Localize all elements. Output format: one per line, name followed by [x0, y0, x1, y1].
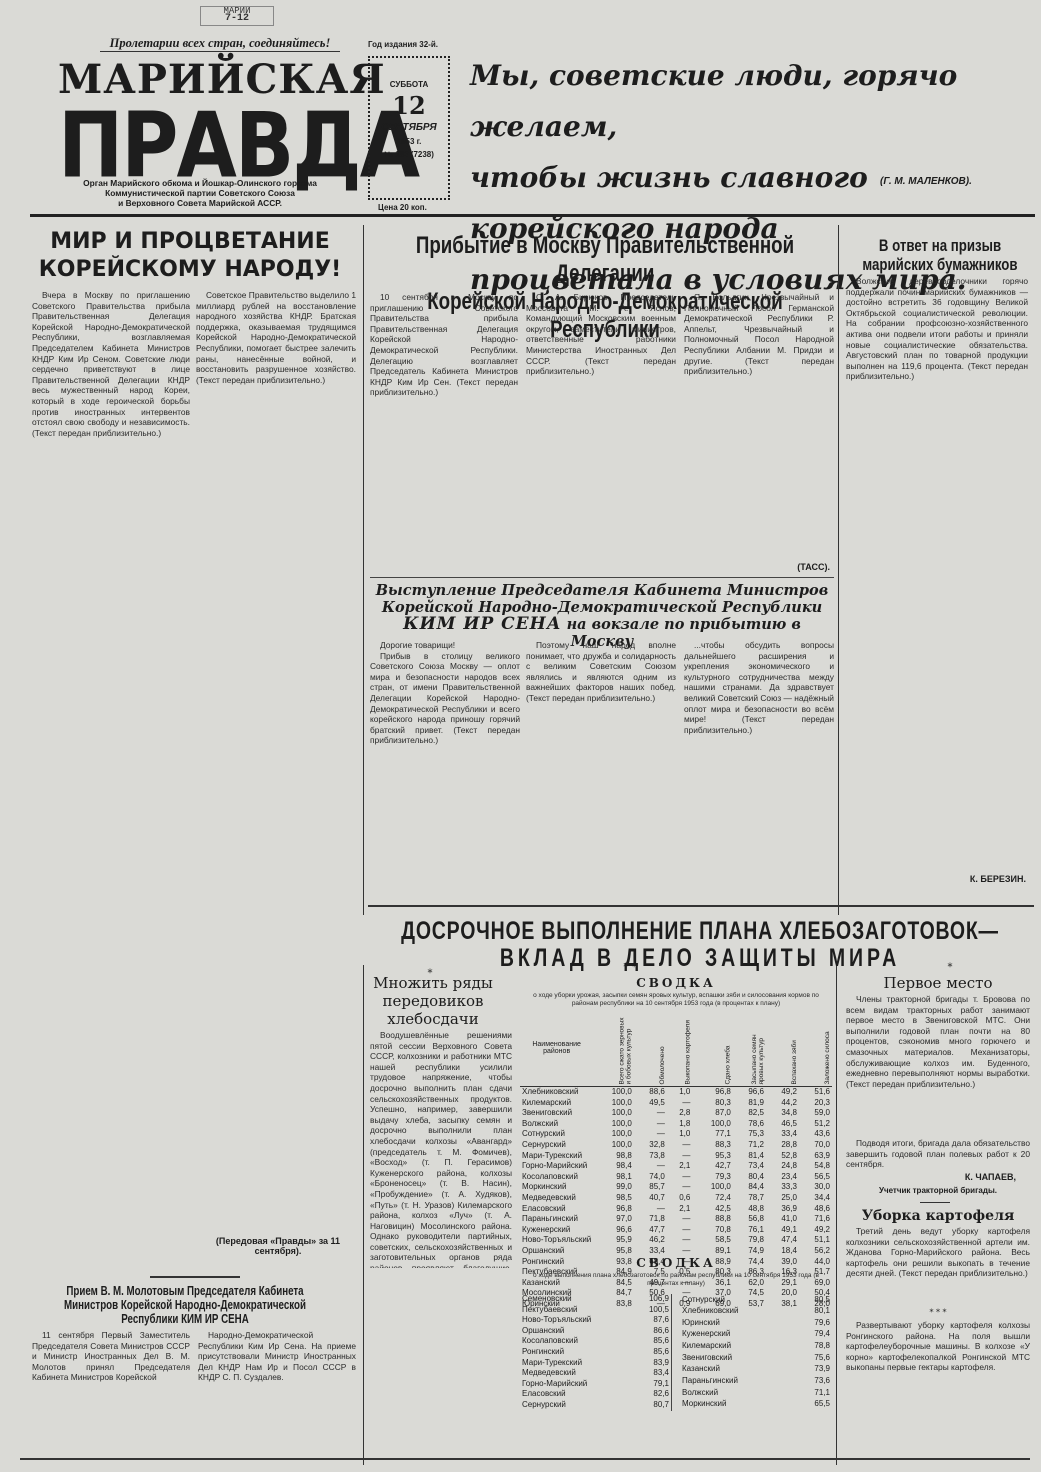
arrival-body-col3: Я. Вольдгин, Чрезвычайный и Полномочный … [684, 292, 834, 562]
table-row: Оршанский86,6 [520, 1326, 672, 1337]
first-place-headline: Первое место [840, 974, 1036, 992]
arrival-body-col1: 10 сентября в Москву по приглашению Сове… [370, 292, 518, 572]
table-row: Юринский79,6 [680, 1317, 832, 1329]
table-row: Сотнурский100,0—1,077,175,333,443,6 [520, 1129, 832, 1140]
molotov-headline: Прием В. М. Молотовым Председателя Кабин… [49, 1284, 322, 1326]
table-row: Волжский100,0—1,8100,078,646,551,2 [520, 1119, 832, 1130]
star-ornament: * [890, 962, 1010, 973]
table-row: Мари-Турекский98,873,8—95,381,452,863,9 [520, 1151, 832, 1162]
table-row: Казанский73,9 [680, 1364, 832, 1376]
star-ornament: * * [570, 962, 690, 973]
table-row: Еласовский96,8—2,142,548,836,948,6 [520, 1204, 832, 1215]
table-header: Сдано хлеба [692, 1010, 733, 1087]
speech-body-col3: ...чтобы обсудить вопросы дальнейшего ра… [684, 640, 834, 905]
table-header: Заложено силоса [799, 1010, 832, 1087]
epigraph-source: (Г. М. МАЛЕНКОВ). [880, 176, 972, 187]
masthead-organ: Орган Марийского обкома и Йошкар-Олинско… [70, 178, 330, 208]
svodka-grain-procurement: СВОДКА о ходе выполнения плана хлебозаго… [520, 1256, 832, 1411]
procurement-table-right: Сотнурский80,5Хлебниковский80,1Юринский7… [680, 1294, 832, 1411]
svodka2-subtitle: о ходе выполнения плана хлебозаготовок п… [526, 1272, 826, 1288]
table-row: Горно-Марийский79,1 [520, 1379, 672, 1390]
table-row: Еласовский82,6 [520, 1389, 672, 1400]
table-row: Моркинский65,5 [680, 1399, 832, 1411]
svodka2-title: СВОДКА [520, 1256, 832, 1270]
table-row: Медведевский83,4 [520, 1368, 672, 1379]
table-row: Параньгинский97,071,8—88,856,841,071,6 [520, 1214, 832, 1225]
column-divider [363, 965, 364, 1465]
first-place-signature: К. ЧАПАЕВ, [846, 1172, 1016, 1182]
newspaper-page: МАРИИ 7-12 Пролетарии всех стран, соедин… [0, 0, 1041, 1472]
table-header: Засыпано семян яровых культур [733, 1010, 766, 1087]
ornament-rule [150, 1276, 240, 1278]
date-box: СУББОТА 12 СЕНТЯБРЯ 1953 г. № 183 (7238) [368, 56, 450, 200]
table-row: Ронгинский85,6 [520, 1347, 672, 1358]
table-row: Куженерский96,647,7—70,876,149,149,2 [520, 1225, 832, 1236]
tass-credit: (ТАСС). [780, 562, 830, 572]
potato-body: Третий день ведут уборку картофеля колхо… [846, 1226, 1030, 1300]
table-row: Параньгинский73,6 [680, 1375, 832, 1387]
year-of-issue: Год издания 32-й. [368, 40, 438, 49]
issue-number: № 183 (7238) [370, 150, 448, 159]
potato-body2: Развертывают уборку картофеля колхозы Ро… [846, 1320, 1030, 1373]
table-row: Ново-Торъяльский87,6 [520, 1315, 672, 1326]
table-row: Пектубаевский100,5 [520, 1305, 672, 1316]
table-row: Сернурский100,032,8—88,371,228,870,0 [520, 1140, 832, 1151]
bottom-rule [20, 1458, 1030, 1460]
procurement-table-left: Семеновский106,9Пектубаевский100,5Ново-Т… [520, 1294, 672, 1411]
editorial-body-col2: Советское Правительство выделило 1 милли… [196, 290, 356, 1230]
molotov-body-col1: 11 сентября Первый Заместитель Председат… [32, 1330, 190, 1383]
molotov-body-col2: Народно-Демократической Республики Ким И… [198, 1330, 356, 1383]
year: 1953 г. [370, 137, 448, 146]
first-place-pledge: Подводя итоги, бригада дала обязательств… [846, 1138, 1030, 1170]
table-row: Косолаповский98,174,0—79,380,423,456,5 [520, 1172, 832, 1183]
potato-separator: * * * [846, 1308, 1030, 1317]
table-row: Сернурский80,7 [520, 1400, 672, 1411]
table-header: Вспахано зяби [766, 1010, 799, 1087]
table-row: Горно-Марийский98,4—2,142,773,424,854,8 [520, 1161, 832, 1172]
day-number: 12 [370, 91, 448, 120]
section-rule [370, 577, 834, 578]
paper-workers-headline: В ответ на призыв марийских бумажников [858, 236, 1022, 274]
price: Цена 20 коп. [378, 203, 427, 212]
archive-stamp: МАРИИ 7-12 [200, 6, 274, 26]
table-row: Мари-Турекский83,9 [520, 1358, 672, 1369]
editorial-body-col1: Вчера в Москву по приглашению Советского… [32, 290, 190, 1265]
table-row: Моркинский99,085,7—100,084,433,330,0 [520, 1182, 832, 1193]
multiply-headline: Множить ряды передовиков хлебосдачи [368, 974, 498, 1028]
first-place-body: Члены тракторной бригады т. Бровова по в… [846, 994, 1030, 1136]
table-row: Семеновский106,9 [520, 1294, 672, 1305]
paper-workers-body: Волжские деревообделочники горячо поддер… [846, 276, 1028, 866]
table-row: Хлебниковский80,1 [680, 1306, 832, 1318]
table-row: Хлебниковский100,088,61,096,896,649,251,… [520, 1087, 832, 1098]
editorial-source: (Передовая «Правды» за 11 сентября). [200, 1236, 356, 1256]
svodka-subtitle: о ходе уборки урожая, засыпки семян яров… [526, 992, 826, 1008]
table-header: Наименование районов [520, 1010, 593, 1087]
svodka-title: СВОДКА [520, 976, 832, 990]
table-row: Косолаповский85,6 [520, 1336, 672, 1347]
table-row: Оршанский95,833,4—89,174,918,456,2 [520, 1246, 832, 1257]
divider-short [920, 1202, 950, 1203]
editorial-headline: МИР И ПРОЦВЕТАНИЕ КОРЕЙСКОМУ НАРОДУ! [30, 228, 350, 284]
table-row: Ново-Торъяльский95,946,2—58,579,847,451,… [520, 1235, 832, 1246]
weekday: СУББОТА [370, 80, 448, 89]
table-row: Звениговский100,0—2,887,082,534,859,0 [520, 1108, 832, 1119]
column-divider [836, 965, 837, 1465]
potato-headline: Уборка картофеля [840, 1208, 1036, 1224]
table-row: Звениговский75,6 [680, 1352, 832, 1364]
multiply-body: Воодушевлённые решениями пятой сессии Ве… [370, 1030, 512, 1268]
table-row: Волжский71,1 [680, 1387, 832, 1399]
column-divider [838, 225, 839, 915]
table-row: Килемарский100,049,5—80,381,944,220,3 [520, 1098, 832, 1109]
speech-body-col2: Поэтому наш народ вполне понимает, что д… [526, 640, 676, 905]
speech-body-col1: Дорогие товарищи! Прибыв в столицу велик… [370, 640, 520, 905]
section-rule [368, 905, 1034, 907]
table-header: Обмолочено [634, 1010, 667, 1087]
table-header: Всего сжато зерновых и бобовых культур [593, 1010, 634, 1087]
table-row: Килемарский78,8 [680, 1341, 832, 1353]
table-row: Медведевский98,540,70,672,478,725,034,4 [520, 1193, 832, 1204]
arrival-body-col2: С. А. Бирюков, Председатель Моссовета М.… [526, 292, 676, 572]
masthead-slogan: Пролетарии всех стран, соединяйтесь! [100, 36, 340, 52]
month: СЕНТЯБРЯ [370, 122, 448, 133]
paper-workers-signature: К. БЕРЕЗИН. [846, 874, 1026, 884]
column-divider [363, 225, 364, 915]
table-header: Выкопано картофеля [667, 1010, 693, 1087]
first-place-signature-role: Учетчик тракторной бригады. [846, 1186, 1030, 1195]
table-row: Куженерский79,4 [680, 1329, 832, 1341]
masthead-rule [30, 214, 1035, 217]
table-row: Сотнурский80,5 [680, 1294, 832, 1306]
